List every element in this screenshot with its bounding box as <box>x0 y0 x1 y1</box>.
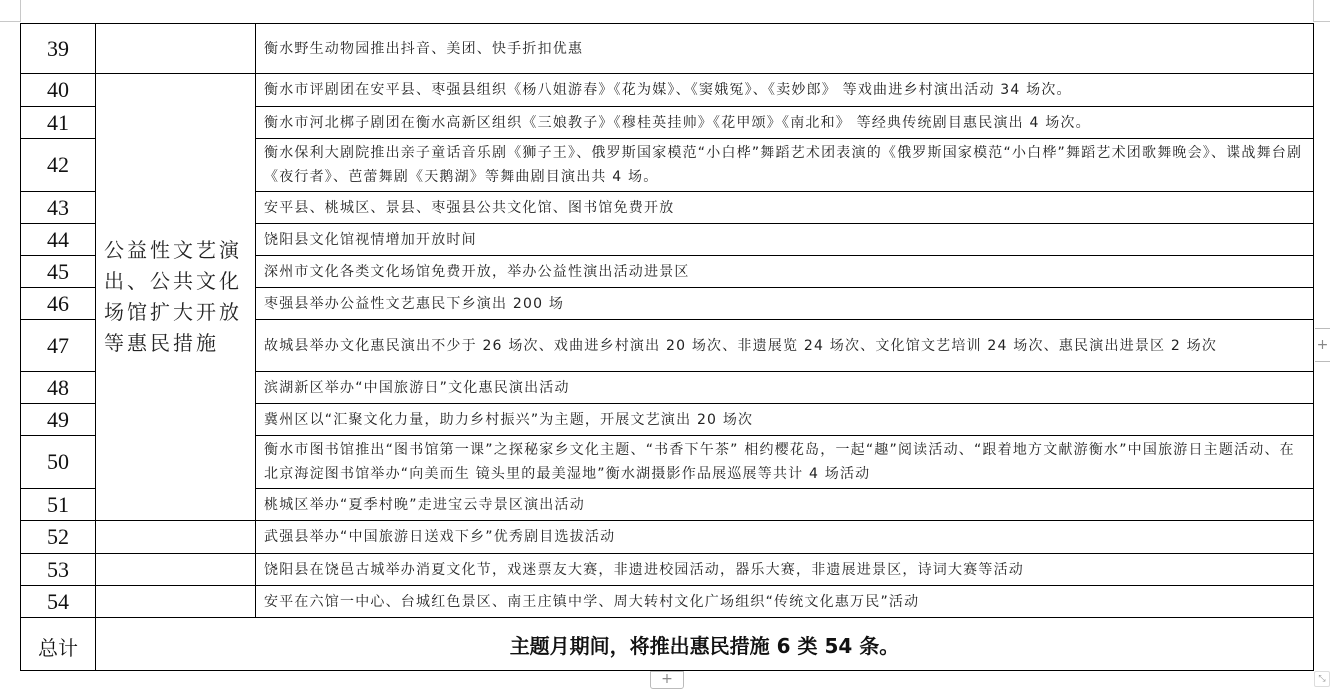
row-number: 40 <box>21 74 96 107</box>
page-corner-mark <box>0 21 21 22</box>
table-row: 52 武强县举办“中国旅游日送戏下乡”优秀剧目选拔活动 <box>21 521 1314 554</box>
description-cell[interactable]: 滨湖新区举办“中国旅游日”文化惠民演出活动 <box>256 372 1314 404</box>
description-cell[interactable]: 枣强县举办公益性文艺惠民下乡演出 200 场 <box>256 288 1314 320</box>
description-cell[interactable]: 衡水野生动物园推出抖音、美团、快手折扣优惠 <box>256 24 1314 74</box>
category-label: 公益性文艺演出、公共文化场馆扩大开放等惠民措施 <box>96 235 249 359</box>
row-number: 51 <box>21 489 96 521</box>
row-number: 53 <box>21 554 96 586</box>
table-row: 39 衡水野生动物园推出抖音、美团、快手折扣优惠 <box>21 24 1314 74</box>
description-cell[interactable]: 安平在六馆一中心、台城红色景区、南王庄镇中学、周大转村文化广场组织“传统文化惠万… <box>256 586 1314 618</box>
description-cell[interactable]: 衡水市河北梆子剧团在衡水高新区组织《三娘教子》《穆桂英挂帅》《花甲颂》《南北和》… <box>256 107 1314 139</box>
category-cell-empty[interactable] <box>96 554 256 586</box>
row-number: 47 <box>21 320 96 372</box>
table-row: 40 公益性文艺演出、公共文化场馆扩大开放等惠民措施 衡水市评剧团在安平县、枣强… <box>21 74 1314 107</box>
table-row: 54 安平在六馆一中心、台城红色景区、南王庄镇中学、周大转村文化广场组织“传统文… <box>21 586 1314 618</box>
description-cell[interactable]: 衡水市评剧团在安平县、枣强县组织《杨八姐游春》《花为媒》、《窦娥冤》、《卖妙郎》… <box>256 74 1314 107</box>
total-row: 总计 主题月期间，将推出惠民措施 6 类 54 条。 <box>21 618 1314 671</box>
description-cell[interactable]: 饶阳县文化馆视情增加开放时间 <box>256 224 1314 256</box>
row-number: 43 <box>21 192 96 224</box>
category-cell[interactable]: 公益性文艺演出、公共文化场馆扩大开放等惠民措施 <box>96 74 256 521</box>
table-row: 53 饶阳县在饶邑古城举办消夏文化节，戏迷票友大赛，非遗进校园活动，器乐大赛，非… <box>21 554 1314 586</box>
row-number: 46 <box>21 288 96 320</box>
row-number: 50 <box>21 436 96 489</box>
page-corner-mark <box>20 0 21 22</box>
row-number: 45 <box>21 256 96 288</box>
description-cell[interactable]: 桃城区举办“夏季村晚”走进宝云寺景区演出活动 <box>256 489 1314 521</box>
row-number: 54 <box>21 586 96 618</box>
description-cell[interactable]: 饶阳县在饶邑古城举办消夏文化节，戏迷票友大赛，非遗进校园活动，器乐大赛，非遗展进… <box>256 554 1314 586</box>
add-row-button[interactable]: + <box>650 671 684 689</box>
row-number: 48 <box>21 372 96 404</box>
category-cell-empty[interactable] <box>96 521 256 554</box>
row-number: 44 <box>21 224 96 256</box>
description-cell[interactable]: 衡水保利大剧院推出亲子童话音乐剧《狮子王》、俄罗斯国家模范“小白桦”舞蹈艺术团表… <box>256 139 1314 192</box>
page-corner-mark <box>1313 21 1330 22</box>
add-column-button[interactable]: + <box>1315 328 1330 362</box>
row-number: 42 <box>21 139 96 192</box>
description-cell[interactable]: 安平县、桃城区、景县、枣强县公共文化馆、图书馆免费开放 <box>256 192 1314 224</box>
total-label: 总计 <box>21 618 96 671</box>
description-cell[interactable]: 冀州区以“汇聚文化力量，助力乡村振兴”为主题，开展文艺演出 20 场次 <box>256 404 1314 436</box>
description-cell[interactable]: 深州市文化各类文化场馆免费开放，举办公益性演出活动进景区 <box>256 256 1314 288</box>
page-corner-mark <box>1313 0 1314 22</box>
row-number: 39 <box>21 24 96 74</box>
description-cell[interactable]: 故城县举办文化惠民演出不少于 26 场次、戏曲进乡村演出 20 场次、非遗展览 … <box>256 320 1314 372</box>
row-number: 49 <box>21 404 96 436</box>
category-cell-empty[interactable] <box>96 24 256 74</box>
table-resize-handle[interactable]: ⤡ <box>1314 671 1330 687</box>
description-cell[interactable]: 武强县举办“中国旅游日送戏下乡”优秀剧目选拔活动 <box>256 521 1314 554</box>
total-summary[interactable]: 主题月期间，将推出惠民措施 6 类 54 条。 <box>96 618 1314 671</box>
description-cell[interactable]: 衡水市图书馆推出“图书馆第一课”之探秘家乡文化主题、“书香下午茶” 相约樱花岛，… <box>256 436 1314 489</box>
category-cell-empty[interactable] <box>96 586 256 618</box>
row-number: 52 <box>21 521 96 554</box>
row-number: 41 <box>21 107 96 139</box>
measures-table: 39 衡水野生动物园推出抖音、美团、快手折扣优惠 40 公益性文艺演出、公共文化… <box>20 23 1314 671</box>
